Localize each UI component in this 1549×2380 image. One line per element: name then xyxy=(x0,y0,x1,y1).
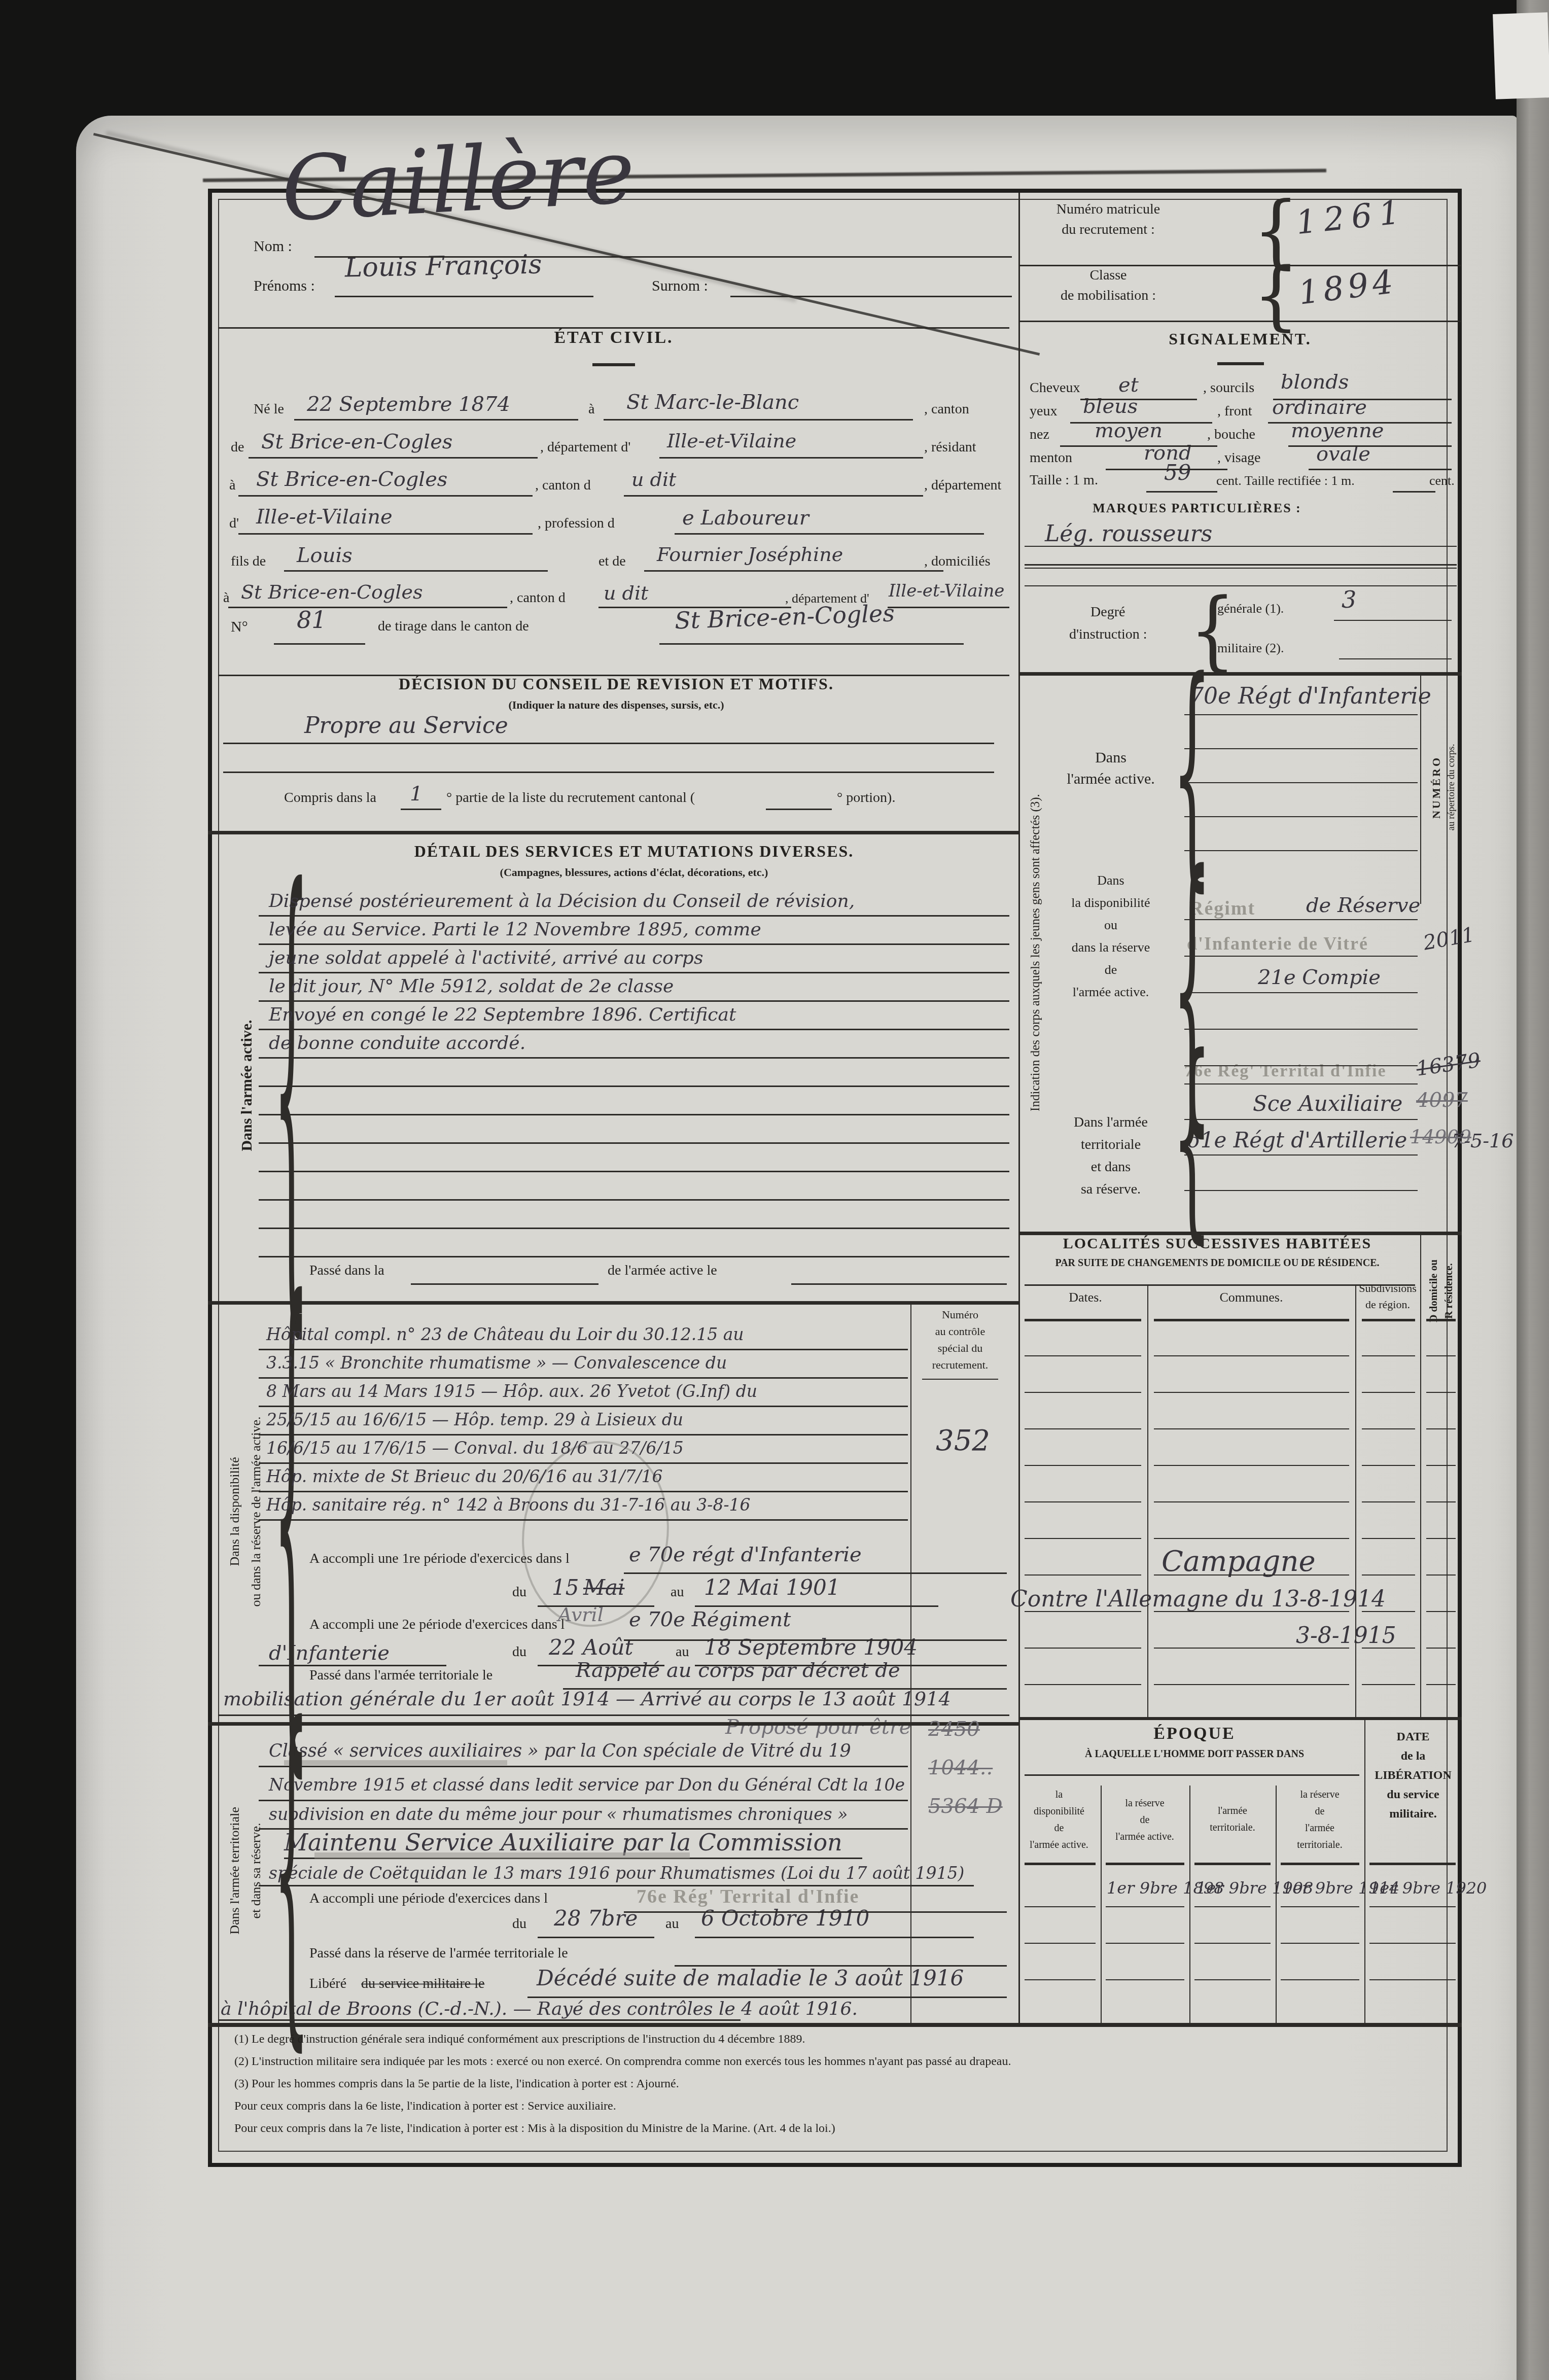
hospital-line: Hôp. sanitaire rég. n° 142 à Broons du 3… xyxy=(266,1496,751,1514)
numero-repertoire-label-2: au répertoire du corps. xyxy=(1447,744,1457,831)
ruled-line xyxy=(1194,1979,1271,1980)
periode1-day: 15 xyxy=(552,1577,579,1599)
compris-hw: 1 xyxy=(410,783,423,804)
raye-hw: à l'hôpital de Broons (C.-d.-N.). — Rayé… xyxy=(221,2000,858,2019)
bouche-label: , bouche xyxy=(1207,427,1255,442)
ruled-line xyxy=(1025,1355,1141,1356)
ruled-line xyxy=(1393,491,1435,493)
ruled-line xyxy=(259,1491,908,1492)
etat-civil-title: ÉTAT CIVIL. xyxy=(554,329,673,347)
taille-rectifiee-label: cent. Taille rectifiée : 1 m. xyxy=(1216,474,1355,487)
divider-line xyxy=(1276,1786,1277,2023)
dispo-label-line: ou xyxy=(1104,918,1117,932)
footnote-line: Pour ceux compris dans la 6e liste, l'in… xyxy=(234,2100,616,2113)
controle-value: 352 xyxy=(936,1426,990,1456)
ruled-line xyxy=(259,1766,908,1767)
ec-r3-hw2: u dit xyxy=(631,470,676,490)
ruled-line xyxy=(208,1722,1018,1726)
ruled-line xyxy=(1281,1943,1359,1944)
epoque-col1-line: de xyxy=(1054,1823,1064,1834)
ruled-line xyxy=(1426,1428,1456,1429)
ruled-line xyxy=(592,363,635,366)
ec-r6-hw2: u dit xyxy=(604,583,648,604)
passe-reserve-terr-label: Passé dans la réserve de l'armée territo… xyxy=(309,1946,568,1961)
ruled-line xyxy=(208,831,1018,834)
ruled-line xyxy=(1194,1863,1271,1865)
ruled-line xyxy=(1426,1648,1456,1649)
maintenu-line2: spéciale de Coëtquidan le 13 mars 1916 p… xyxy=(269,1865,964,1882)
periode3-label: A accompli une période d'exercices dans … xyxy=(309,1891,548,1906)
ruled-line xyxy=(1184,816,1418,817)
detail-service-line: de bonne conduite accordé. xyxy=(269,1034,525,1053)
periode2-start: 22 Août xyxy=(549,1636,633,1659)
ruled-line xyxy=(563,1688,1007,1690)
footnote-line: (3) Pour les hommes compris dans la 5e p… xyxy=(234,2078,679,2090)
ruled-line xyxy=(259,1519,908,1521)
ruled-line xyxy=(1426,1684,1456,1685)
yeux-label: yeux xyxy=(1030,404,1057,418)
dispo-label-line: la disponibilité xyxy=(1071,896,1150,909)
ruled-line xyxy=(259,943,1009,945)
ruled-line xyxy=(1025,1574,1141,1576)
localites-title: LOCALITÉS SUCCESSIVES HABITÉES xyxy=(1063,1236,1372,1252)
ec-r1-label1: Né le xyxy=(254,402,284,416)
ruled-line xyxy=(1106,1979,1184,1980)
book-edge xyxy=(1517,0,1549,2380)
divider-line xyxy=(1147,1286,1148,1717)
ruled-line xyxy=(314,1852,690,1859)
divider-line xyxy=(1355,1286,1356,1717)
ruled-line xyxy=(259,1142,1009,1144)
classe-label-1: Classe xyxy=(1089,268,1126,283)
ruled-line xyxy=(1426,1538,1456,1539)
ruled-line xyxy=(1362,1392,1415,1393)
ruled-line xyxy=(1339,658,1452,659)
ec-r4-label2: , profession d xyxy=(538,516,615,531)
terr-label-line: sa réserve. xyxy=(1081,1182,1141,1197)
nez-label: nez xyxy=(1030,427,1049,442)
ruled-line xyxy=(1154,1611,1349,1612)
ruled-line xyxy=(1334,620,1452,621)
ec-r4-label1: d' xyxy=(229,516,239,531)
hospital-line: Hôp. mixte de St Brieuc du 20/6/16 au 31… xyxy=(266,1468,663,1486)
ec-r5-hw2: Fournier Joséphine xyxy=(657,545,843,565)
periode1-label: A accompli une 1re période d'exercices d… xyxy=(309,1551,570,1566)
ec-r5-hw1: Louis xyxy=(297,545,353,566)
prenoms-script: Louis François xyxy=(345,251,542,282)
periode3-au-label: au xyxy=(665,1916,679,1931)
ruled-line xyxy=(659,457,923,459)
ruled-line xyxy=(538,1937,654,1938)
controle-header-line: spécial du xyxy=(938,1342,983,1354)
ruled-line xyxy=(1369,1979,1456,1980)
divider-line xyxy=(1189,1786,1190,2023)
ruled-line xyxy=(624,495,923,497)
ruled-line xyxy=(695,1605,938,1607)
maintenu-line1: Maintenu Service Auxiliaire par la Commi… xyxy=(284,1830,842,1854)
passe-active-label-1: Passé dans la xyxy=(309,1263,384,1278)
controle-header-line: recrutement. xyxy=(932,1359,989,1371)
ruled-line xyxy=(1070,422,1212,424)
epoque-col1-line: l'armée active. xyxy=(1030,1840,1088,1850)
ec-r1-label3: , canton xyxy=(924,402,969,416)
ruled-line xyxy=(1025,1774,1359,1776)
ruled-line xyxy=(259,1349,908,1350)
matricule-label-2: du recrutement : xyxy=(1062,222,1154,237)
ec-r6-hw3: Ille-et-Vilaine xyxy=(889,582,1004,601)
ruled-line xyxy=(259,1462,908,1464)
ec-r1-hw1: 22 Septembre 1874 xyxy=(307,394,510,415)
tirage-label: de tirage dans le canton de xyxy=(378,619,529,634)
ruled-line xyxy=(208,1301,1018,1305)
ruled-line xyxy=(284,1760,507,1765)
periode3-end: 6 Octobre 1910 xyxy=(701,1907,869,1930)
ruled-line xyxy=(228,607,507,608)
ruled-line xyxy=(695,1937,974,1938)
ruled-line xyxy=(1025,1906,1096,1907)
divider-line xyxy=(1420,672,1421,904)
ec-r2-label2: , département d' xyxy=(540,440,630,454)
ec-r4-hw1: Ille-et-Vilaine xyxy=(256,506,393,528)
passe-active-label-2: de l'armée active le xyxy=(608,1263,717,1278)
ruled-line xyxy=(624,1639,1007,1641)
epoque-col1-line: la xyxy=(1055,1790,1063,1800)
ruled-line xyxy=(1281,1906,1359,1907)
sourcils-value: blonds xyxy=(1281,371,1349,393)
dispo-label-line: Dans xyxy=(1097,873,1124,887)
dispo-label-line: l'armée active. xyxy=(1073,985,1149,999)
ruled-line xyxy=(1309,469,1452,470)
ruled-line xyxy=(1194,1906,1271,1907)
ruled-line xyxy=(1273,399,1452,400)
ruled-line xyxy=(1025,1684,1141,1685)
degre-label-1: Degré xyxy=(1090,605,1125,619)
detail-title: DÉTAIL DES SERVICES ET MUTATIONS DIVERSE… xyxy=(414,843,854,860)
ruled-line xyxy=(1154,1319,1349,1321)
ruled-line xyxy=(259,1377,908,1379)
ec-r3-label2: , canton d xyxy=(535,478,591,493)
periode1-du-label: du xyxy=(512,1585,526,1599)
epoque-col3-line: l'armée xyxy=(1218,1806,1247,1816)
epoque-title: ÉPOQUE xyxy=(1153,1725,1236,1743)
detail-service-line: jeune soldat appelé à l'activité, arrivé… xyxy=(269,949,703,968)
ruled-line xyxy=(259,1057,1009,1059)
ruled-line xyxy=(527,1997,1007,1998)
date-col-line: de la xyxy=(1401,1750,1426,1763)
detail-service-line: le dit jour, N° Mle 5912, soldat de 2e c… xyxy=(269,977,674,996)
date-col-line: militaire. xyxy=(1389,1808,1437,1821)
ruled-line xyxy=(695,1665,1007,1666)
visage-label: , visage xyxy=(1217,450,1261,465)
ruled-line xyxy=(791,1283,1007,1285)
ruled-line xyxy=(218,327,1009,329)
epoque-col4-line: la réserve xyxy=(1300,1790,1339,1800)
ruled-line xyxy=(1288,445,1452,447)
name-script: Caillère xyxy=(279,125,638,237)
ruled-line xyxy=(1362,1319,1415,1321)
ruled-line xyxy=(1025,546,1457,547)
section3-vertical-label-2: et dans sa réserve. xyxy=(249,1823,263,1918)
margin-number: 1044.. xyxy=(928,1757,993,1778)
ruled-line xyxy=(538,1665,664,1666)
ruled-line xyxy=(208,2023,1462,2027)
ruled-line xyxy=(1154,1428,1349,1429)
ec-r6-hw1: St Brice-en-Cogles xyxy=(241,582,423,603)
ruled-line xyxy=(1025,585,1457,586)
ruled-line xyxy=(1184,714,1418,715)
ruled-line xyxy=(1154,1501,1349,1502)
armee-active-corps-hw: 70e Régt d'Infanterie xyxy=(1189,685,1431,708)
libere-label-a: Libéré xyxy=(309,1976,346,1991)
epoque-col2-line: la réserve xyxy=(1125,1798,1164,1809)
ruled-line xyxy=(1217,362,1264,365)
campagne-hw-1: Campagne xyxy=(1161,1547,1316,1577)
ruled-line xyxy=(1025,1979,1096,1980)
col-subdivisions-label-2: de région. xyxy=(1365,1299,1410,1310)
ruled-line xyxy=(1025,1392,1141,1393)
ruled-line xyxy=(1362,1355,1415,1356)
periode3-start: 28 7bre xyxy=(554,1907,638,1930)
ruled-line xyxy=(1025,1648,1141,1649)
ruled-line xyxy=(1184,850,1418,851)
detail-subtitle: (Campagnes, blessures, actions d'éclat, … xyxy=(500,866,768,878)
ec-r6-label1: à xyxy=(223,590,229,605)
date-col-line: DATE xyxy=(1397,1731,1430,1743)
divider-line xyxy=(1364,1717,1365,2023)
epoque-col3-line: territoriale. xyxy=(1210,1823,1255,1833)
ruled-line xyxy=(259,1828,908,1830)
ruled-line xyxy=(1154,1355,1349,1356)
section3-vertical-label-1: Dans l'armée territoriale xyxy=(228,1807,241,1935)
date-7-5-16-hw: 7-5-16 xyxy=(1452,1131,1513,1151)
cheveux-label: Cheveux xyxy=(1030,380,1080,395)
date-col-line: du service xyxy=(1387,1789,1439,1801)
libere-label-b: du service militaire le xyxy=(361,1976,484,1991)
ruled-line xyxy=(766,809,832,810)
compagnie-hw: 21e Compie xyxy=(1258,967,1381,988)
vitre-stamp: d'Infanterie de Vitré xyxy=(1187,934,1368,954)
ruled-line xyxy=(1426,1355,1456,1356)
ec-r1-hw2: St Marc-le-Blanc xyxy=(626,392,799,413)
ruled-line xyxy=(1154,1538,1349,1539)
ruled-line xyxy=(1018,1717,1462,1720)
armee-active-label-2: l'armée active. xyxy=(1067,771,1155,787)
brace-icon: { xyxy=(1173,1058,1211,1220)
reserve-hw: de Réserve xyxy=(1306,895,1420,916)
section1-vertical-label: Dans l'armée active. xyxy=(239,1020,255,1151)
ruled-line xyxy=(1362,1574,1415,1576)
ruled-line xyxy=(1362,1465,1415,1466)
classe-aux-line3: subdivision en date du même jour pour « … xyxy=(269,1806,848,1824)
ruled-line xyxy=(1369,1863,1456,1865)
sourcils-label: , sourcils xyxy=(1203,380,1254,395)
ruled-line xyxy=(1184,1065,1418,1066)
ruled-line xyxy=(1025,1538,1141,1539)
ec-r5-label2: et de xyxy=(599,554,626,569)
ec-r2-hw1: St Brice-en-Cogles xyxy=(261,431,452,452)
brace-icon: { xyxy=(1253,268,1299,325)
taille-value: 59 xyxy=(1164,462,1191,484)
epoque-value-liberation: 1er 9bre 1920 xyxy=(1369,1880,1487,1897)
degre-label-2: d'instruction : xyxy=(1069,627,1147,642)
service-auxiliaire-hw: Sce Auxiliaire xyxy=(1253,1093,1402,1115)
footnote-line: Pour ceux compris dans la 7e liste, l'in… xyxy=(234,2122,835,2135)
ruled-line xyxy=(624,1911,1007,1913)
ruled-line xyxy=(274,643,365,645)
ruled-line xyxy=(604,419,913,421)
ruled-line xyxy=(259,1171,1009,1172)
ec-r6-label2: , canton d xyxy=(510,590,566,605)
epoque-col4-line: l'armée xyxy=(1305,1823,1334,1834)
ruled-line xyxy=(730,296,1012,297)
periode2-label: A accompli une 2e période d'exercices da… xyxy=(309,1617,565,1632)
detail-service-line: Dispensé postérieurement à la Décision d… xyxy=(269,892,855,911)
periode2-du-label: du xyxy=(512,1644,526,1659)
ruled-line xyxy=(1426,1574,1456,1576)
ruled-line xyxy=(1184,919,1418,920)
ruled-line xyxy=(259,1434,908,1436)
ruled-line xyxy=(259,1086,1009,1087)
ruled-line xyxy=(1184,782,1418,783)
ruled-line xyxy=(411,1283,599,1285)
ruled-line xyxy=(659,643,964,645)
ruled-line xyxy=(259,1406,908,1407)
hospital-line: 8 Mars au 14 Mars 1915 — Hôp. aux. 26 Yv… xyxy=(266,1383,757,1401)
ec-r4-hw2: e Laboureur xyxy=(682,507,809,529)
ruled-line xyxy=(259,1029,1009,1030)
front-label: , front xyxy=(1217,404,1252,418)
periode1-month-crossed: Mai xyxy=(583,1577,624,1599)
tirage-number: 81 xyxy=(297,608,327,632)
ruled-line xyxy=(284,570,548,572)
ruled-line xyxy=(1025,1319,1141,1321)
classe-label-2: de mobilisation : xyxy=(1061,288,1156,303)
dispo-label-line: dans la réserve xyxy=(1072,940,1150,954)
next-page-corner xyxy=(1493,12,1549,99)
ruled-line xyxy=(238,533,533,535)
ruled-line xyxy=(1025,1611,1141,1612)
propose-hw: Proposé pour être xyxy=(725,1717,911,1738)
ruled-line xyxy=(1060,445,1217,447)
campagne-hw-3: 3-8-1915 xyxy=(1296,1624,1396,1648)
footnote-line: (2) L'instruction militaire sera indiqué… xyxy=(234,2055,1011,2068)
ruled-line xyxy=(1184,1154,1418,1156)
ruled-line xyxy=(1426,1465,1456,1466)
ruled-line xyxy=(1426,1319,1456,1321)
taille-label: Taille : 1 m. xyxy=(1030,473,1098,487)
ruled-line xyxy=(1106,1906,1184,1907)
brace-icon: { xyxy=(274,1732,309,2009)
ruled-line xyxy=(1426,1392,1456,1393)
ruled-line xyxy=(1025,1501,1141,1502)
decede-hw: Décédé suite de maladie le 3 août 1916 xyxy=(537,1967,964,1989)
ruled-line xyxy=(1154,1465,1349,1466)
ruled-line xyxy=(1018,672,1462,676)
ruled-line xyxy=(1184,992,1418,993)
ruled-line xyxy=(1184,1119,1418,1120)
decision-title: DÉCISION DU CONSEIL DE REVISION ET MOTIF… xyxy=(399,676,834,693)
hospital-line: 25/5/15 au 16/6/15 — Hôp. temp. 29 à Lis… xyxy=(266,1411,683,1429)
compris-label-2: ° partie de la liste du recrutement cant… xyxy=(446,790,695,805)
ruled-line xyxy=(1426,1501,1456,1502)
passe-territoriale-hw: Rappelé au corps par décret de xyxy=(576,1660,900,1681)
ruled-line xyxy=(401,809,441,810)
ruled-line xyxy=(1025,1943,1096,1944)
cheveux-value: et xyxy=(1118,374,1139,396)
ruled-line xyxy=(1025,1284,1415,1286)
section2-vertical-label-1: Dans la disponibilité xyxy=(228,1457,241,1566)
dr-vertical-label-1: D domicile ou xyxy=(1428,1259,1439,1322)
periode1-hw: e 70e régt d'Infanterie xyxy=(629,1544,862,1565)
ruled-line xyxy=(259,972,1009,973)
periode2-hw: e 70e Régiment xyxy=(629,1609,791,1630)
terr-label-line: et dans xyxy=(1091,1160,1131,1174)
localites-subtitle: PAR SUITE DE CHANGEMENTS DE DOMICILE OU … xyxy=(1055,1258,1379,1269)
numero-repertoire-label-1: NUMÉRO xyxy=(1430,756,1442,819)
ruled-line xyxy=(259,915,1009,917)
terr-label-line: territoriale xyxy=(1081,1137,1141,1152)
periode2-au-label: au xyxy=(676,1644,689,1659)
detail-service-line: Envoyé en congé le 22 Septembre 1896. Ce… xyxy=(269,1005,736,1025)
ruled-line xyxy=(259,1256,1009,1257)
ruled-line xyxy=(218,1714,1009,1716)
scanned-register-page: Nom : Prénoms : Surnom : Caillère Louis … xyxy=(0,0,1549,2380)
epoque-col4-line: de xyxy=(1315,1806,1325,1817)
passe-territoriale-label: Passé dans l'armée territoriale le xyxy=(309,1668,492,1683)
detail-service-line: levée au Service. Parti le 12 Novembre 1… xyxy=(269,920,761,939)
col-communes-label: Communes. xyxy=(1220,1290,1283,1304)
divider-line xyxy=(1420,1232,1421,1717)
periode3-du-label: du xyxy=(512,1916,526,1931)
ec-r5-label3: , domiciliés xyxy=(924,554,991,569)
ec-r2-hw2: Ille-et-Vilaine xyxy=(667,431,796,451)
ruled-line xyxy=(1362,1611,1415,1612)
ruled-line xyxy=(675,1965,1007,1967)
ruled-line xyxy=(1154,1684,1349,1685)
ruled-line xyxy=(223,743,994,744)
ruled-line xyxy=(259,1228,1009,1229)
prenoms-label: Prénoms : xyxy=(254,278,315,294)
ruled-line xyxy=(1154,1574,1349,1576)
ruled-line xyxy=(1019,321,1461,322)
ec-r1-label2: à xyxy=(588,402,594,416)
ec-r3-hw1: St Brice-en-Cogles xyxy=(256,469,447,490)
ruled-line xyxy=(1362,1538,1415,1539)
ruled-line xyxy=(1025,568,1457,569)
date-col-line: LIBÉRATION xyxy=(1375,1769,1452,1782)
ec-r2-label1: de xyxy=(231,440,244,454)
periode1-au-label: au xyxy=(671,1585,684,1599)
hospital-line: 3.3.15 « Bronchite rhumatisme » — Conval… xyxy=(266,1354,727,1372)
margin-number: 5364 D xyxy=(928,1796,1003,1817)
ruled-line xyxy=(223,772,994,773)
ruled-line xyxy=(888,607,1009,608)
ec-r3-label3: , département xyxy=(924,478,1001,493)
ruled-line xyxy=(675,533,984,535)
periode1-month-correction: Avril xyxy=(558,1605,604,1625)
ruled-line xyxy=(1106,1863,1184,1865)
ruled-line xyxy=(1025,1863,1096,1865)
periode3-stamp: 76e Rég' Territal d'Infie xyxy=(637,1887,859,1907)
ruled-line xyxy=(1154,1392,1349,1393)
divider-line xyxy=(910,1301,911,2023)
ruled-line xyxy=(1268,422,1452,424)
divider-line xyxy=(1101,1786,1102,2023)
ec-r5-label1: fils de xyxy=(231,554,266,569)
ruled-line xyxy=(1025,1428,1141,1429)
hospital-line: Hôpital compl. n° 23 de Château du Loir … xyxy=(266,1326,744,1344)
ruled-line xyxy=(1362,1428,1415,1429)
